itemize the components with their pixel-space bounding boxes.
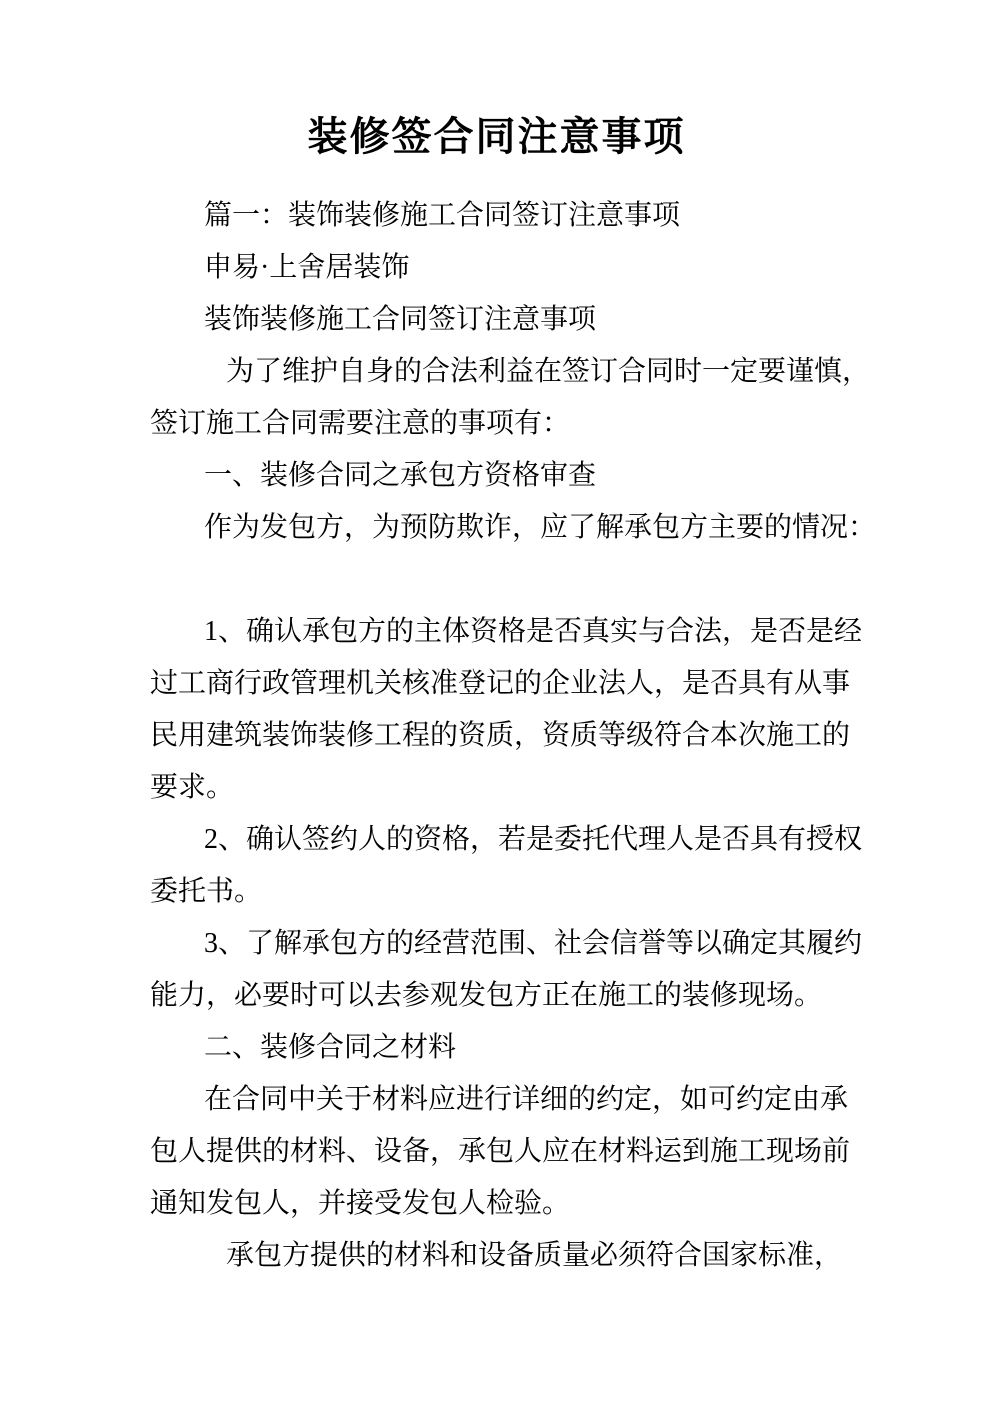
text-line: 装饰装修施工合同签订注意事项 bbox=[150, 294, 850, 346]
text-line: 包人提供的材料、设备，承包人应在材料运到施工现场前 bbox=[150, 1126, 850, 1178]
text-line: 作为发包方，为预防欺诈，应了解承包方主要的情况： bbox=[150, 502, 850, 554]
text-line: 2、确认签约人的资格，若是委托代理人是否具有授权 bbox=[150, 814, 850, 866]
text-line: 3、了解承包方的经营范围、社会信誉等以确定其履约 bbox=[150, 918, 850, 970]
text-line: 1、确认承包方的主体资格是否真实与合法，是否是经 bbox=[150, 606, 850, 658]
text-line: 在合同中关于材料应进行详细的约定，如可约定由承 bbox=[150, 1074, 850, 1126]
text-line: 过工商行政管理机关核准登记的企业法人，是否具有从事 bbox=[150, 658, 850, 710]
text-line: 二、装修合同之材料 bbox=[150, 1022, 850, 1074]
text-line: 篇一：装饰装修施工合同签订注意事项 bbox=[150, 190, 850, 242]
text-line: 一、装修合同之承包方资格审查 bbox=[150, 450, 850, 502]
text-line: 能力，必要时可以去参观发包方正在施工的装修现场。 bbox=[150, 970, 850, 1022]
text-line: 申易·上舍居装饰 bbox=[150, 242, 850, 294]
document-page: 装修签合同注意事项 篇一：装饰装修施工合同签订注意事项申易·上舍居装饰装饰装修施… bbox=[0, 0, 993, 1404]
text-line bbox=[150, 554, 850, 606]
document-title: 装修签合同注意事项 bbox=[0, 0, 993, 168]
text-line: 委托书。 bbox=[150, 866, 850, 918]
text-line: 通知发包人，并接受发包人检验。 bbox=[150, 1178, 850, 1230]
text-line: 为了维护自身的合法利益在签订合同时一定要谨慎， bbox=[150, 346, 850, 398]
text-line: 要求。 bbox=[150, 762, 850, 814]
text-line: 承包方提供的材料和设备质量必须符合国家标准， bbox=[150, 1230, 850, 1282]
text-line: 民用建筑装饰装修工程的资质，资质等级符合本次施工的 bbox=[150, 710, 850, 762]
document-body: 篇一：装饰装修施工合同签订注意事项申易·上舍居装饰装饰装修施工合同签订注意事项为… bbox=[0, 190, 850, 1282]
text-line: 签订施工合同需要注意的事项有： bbox=[150, 398, 850, 450]
